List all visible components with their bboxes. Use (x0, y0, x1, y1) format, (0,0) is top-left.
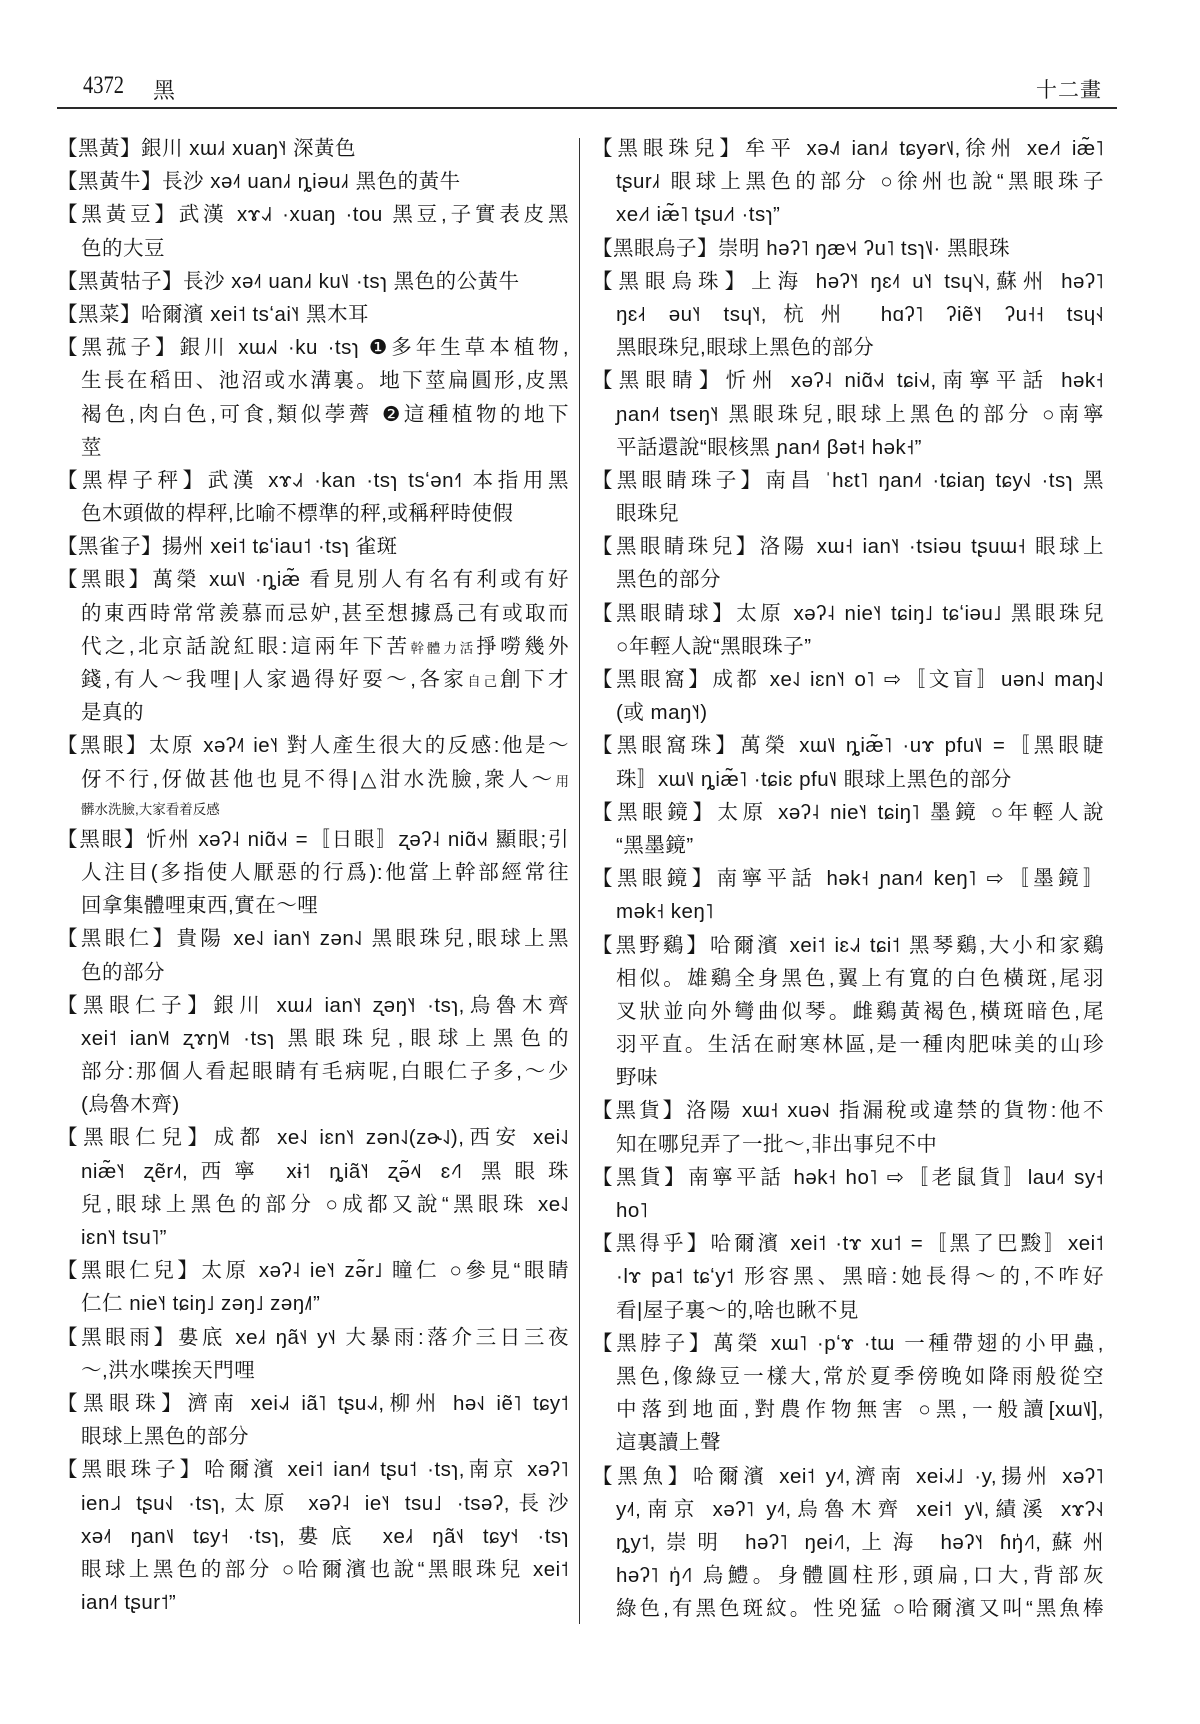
entry-line: 黑桿子秤武漢 xɤ˨˩˧ ·kan ·tsɿ tsʻən˧˥ 本指用黑 (57, 464, 569, 497)
dictionary-entry: 黑眼睛珠兒洛陽 xɯ˧ ian˥˧ ·tsiəu tʂuɯ˧ 眼球上 黑色的部分 (592, 530, 1104, 596)
entry-text: ·lɤ pa˦ tɕʻy˦ 形容黑、黑暗:她長得～的,不咋好 (616, 1265, 1104, 1288)
entry-line: 黑眼太原 xəʔ˨˥ ie˥˧ 對人產生很大的反感:他是～ (57, 729, 569, 762)
entry-text: 黑色,像綠豆一樣大,常於夏季傍晚如降雨般從空 (616, 1365, 1104, 1388)
entry-line: 代之,北京話說紅眼:這兩年下苦幹體力活掙嘮幾外 (57, 630, 569, 663)
entry-line: ○年輕人說“黑眼珠子” (592, 630, 1104, 663)
dictionary-entry: 黑野鷄哈爾濱 xei˦ iɛ˨˩˧ tɕi˦ 黑琴鷄,大小和家鷄 相似。雄鷄全身… (592, 929, 1104, 1095)
entry-line: 黑菰子銀川 xɯ˩˧˩ ·ku ·tsɿ ❶多年生草本植物, (57, 331, 569, 364)
entry-text: iɛn˥˧ tsu˥” (81, 1226, 167, 1249)
entry-line: 黑黃豆武漢 xɤ˨˩˧ ·xuaŋ ·tou 黑豆,子實表皮黑 (57, 198, 569, 231)
headword: 黑眼烏珠 (592, 270, 751, 293)
entry-line: 部分:那個人看起眼睛有毛病呢,白眼仁子多,～少 (57, 1055, 569, 1088)
headword: 黑眼窩珠 (592, 734, 740, 757)
entry-text: 太原 xəʔ˨ nie˥˧ tɕiŋ˩ tɕʻiəu˩ 黑眼珠兒 (736, 602, 1104, 625)
entry-line: 色的部分 (57, 956, 569, 989)
entry-text: xə˨˦ ŋan˦˩ tɕy˧ ·tsɿ,婁底 xe˩˧ ŋã˦˨ tɕy˦˧ … (81, 1525, 569, 1548)
dictionary-entry: 黑眼睛珠子南昌 ˈhɛt˥ ŋan˨˦ ·tɕiaŋ tɕy˧˩ ·tsɿ 黑 … (592, 464, 1104, 530)
entry-line: ho˥ (592, 1194, 1104, 1227)
entry-line: “黑墨鏡” (592, 829, 1104, 862)
headword: 黑眼仁子 (57, 994, 213, 1017)
entry-line: 錢,有人～我哩|人家過得好耍～,各家自己創下才 (57, 663, 569, 696)
entry-line: 色木頭做的桿秤,比喻不標準的秤,或稱秤時使假 (57, 497, 569, 530)
entry-text: 平話還說“眼核黑 ɲan˨˦ βət˧ hək˧” (616, 436, 922, 459)
entry-line: 髒水洗臉,大家看着反感 (57, 796, 569, 823)
entry-text: 婁底 xe˩˧ ŋã˦˨ y˦˨ 大暴雨:落介三日三夜 (178, 1326, 569, 1349)
dictionary-entry: 黑眼萬榮 xɯ˥˩ ·ȵiæ̃ 看見別人有名有利或有好 的東西時常常羨慕而忌妒,… (57, 563, 569, 729)
entry-line: 褐色,肉白色,可食,類似荸薺 ❷這種植物的地下 (57, 398, 569, 431)
entry-text: ɲan˨˦ tseŋ˥˧ 黑眼珠兒,眼球上黑色的部分 ○南寧 (616, 403, 1104, 426)
dictionary-entry: 黑眼仁子銀川 xɯ˩˧ ian˥˧ ʐəŋ˥˧ ·tsɿ,烏魯木齊 xei˦ i… (57, 989, 569, 1122)
dictionary-entry: 黑黃牯子長沙 xə˨˦ uan˩˧ ku˦˩ ·tsɿ 黑色的公黃牛 (57, 265, 569, 298)
entry-line: 黑眼珠兒牟平 xə˨˩˥ ian˩˧ tɕyər˦˩,徐州 xe˩˧˦ iæ̃˥ (592, 132, 1104, 165)
entry-line: 黑眼珠濟南 xei˨˩˧ iã˥ tʂu˨˩˧,柳州 hə˧˩ iẽ˥ tɕy˦ (57, 1387, 569, 1420)
entry-text: 錢,有人～我哩|人家過得好耍～,各家 (81, 668, 467, 691)
entry-line: 人注目(多指使人厭惡的行爲):他當上幹部經常往 (57, 856, 569, 889)
dictionary-entry: 黑眼窩珠萬榮 xɯ˥˩ ȵiæ̃˥ ·uɤ pfu˥˩ =〚黑眼睫 珠〛xɯ˥˩… (592, 729, 1104, 795)
entry-text: 太原 xəʔ˨˥ ie˥˧ 對人產生很大的反感:他是～ (149, 734, 569, 757)
entry-line: 黑貨洛陽 xɯ˧ xuə˧˩ 指漏稅或違禁的貨物:他不 (592, 1094, 1104, 1127)
entry-text: 銀川 xɯ˩˧ xuaŋ˥˧ 深黃色 (141, 137, 356, 160)
dictionary-page: 4372 黑 十二畫 黑黃銀川 xɯ˩˧ xuaŋ˥˧ 深黃色 黑黃牛長沙 xə… (0, 0, 1200, 1724)
dictionary-entry: 黑雀子揚州 xei˦ tɕʻiau˦ ·tsɿ 雀斑 (57, 530, 569, 563)
entry-text: 成都 xe˨˩ iɛn˥˧ o˥ ⇨〚文盲〛uən˨˩ maŋ˨˩ (712, 668, 1104, 691)
entry-text: 萬榮 xɯ˥˩ ȵiæ̃˥ ·uɤ pfu˥˩ =〚黑眼睫 (740, 734, 1104, 757)
entry-line: 中落到地面,對農作物無害 ○黑,一般讀[xɯ˥˩], (592, 1393, 1104, 1426)
entry-text: 兒,眼球上黑色的部分 ○成都又說“黑眼珠 xe˨˩ (81, 1193, 569, 1216)
entry-text: 眼珠兒 (616, 502, 679, 525)
entry-line: 黑眼睛忻州 xəʔ˨ niɑ̃˧˩˧ tɕi˧˩˧,南寧平話 hək˧ (592, 364, 1104, 397)
dictionary-entry: 黑眼珠兒牟平 xə˨˩˥ ian˩˧ tɕyər˦˩,徐州 xe˩˧˦ iæ̃˥… (592, 132, 1104, 232)
headword: 黑菰子 (57, 336, 180, 359)
headword: 黑眼仁 (57, 927, 176, 950)
entry-text: niæ̃˥˧ ʐẽr˨˦,西寧 xɨ˦ ȵiã˥˧ ʐə̃˨˦˩ ɛ˨˦˥ 黑眼… (81, 1160, 569, 1183)
entry-text: (烏魯木齊) (81, 1093, 180, 1116)
headword: 黑眼烏子 (592, 237, 718, 260)
entry-line: 叉狀並向外彎曲似琴。雌鷄黃褐色,橫斑暗色,尾 (592, 995, 1104, 1028)
headword: 黑脖子 (592, 1332, 713, 1355)
entry-line: 色的大豆 (57, 232, 569, 265)
entry-text: 長沙 xə˨˦ uan˩˧ ȵiəu˩˧ 黑色的黃牛 (162, 170, 461, 193)
entry-text: (或 maŋ˥˧) (616, 701, 708, 724)
entry-line: ian˨˦ tʂur˦” (57, 1586, 569, 1619)
headword: 黑眼雨 (57, 1326, 178, 1349)
headword: 黑眼鏡 (592, 801, 718, 824)
dictionary-entry: 黑桿子秤武漢 xɤ˨˩˧ ·kan ·tsɿ tsʻən˧˥ 本指用黑 色木頭做… (57, 464, 569, 530)
dictionary-entry: 黑菰子銀川 xɯ˩˧˩ ·ku ·tsɿ ❶多年生草本植物, 生長在稻田、池沼或… (57, 331, 569, 464)
dictionary-entry: 黑黃銀川 xɯ˩˧ xuaŋ˥˧ 深黃色 (57, 132, 569, 165)
dictionary-entry: 黑魚哈爾濱 xei˦ y˨˦,濟南 xei˨˩˧˩ ·y,揚州 xəʔ˥ y˨˦… (592, 1460, 1104, 1626)
headword: 黑野鷄 (592, 934, 710, 957)
headword: 黑眼睛珠兒 (592, 535, 760, 558)
entry-line: 黑雀子揚州 xei˦ tɕʻiau˦ ·tsɿ 雀斑 (57, 530, 569, 563)
entry-line: 眼球上黑色的部分 (57, 1420, 569, 1453)
entry-line: 黑眼烏珠上海 həʔ˥˧ ŋɛ˨˦ u˥˧ tsɥ˥˧˨,蘇州 həʔ˥ (592, 265, 1104, 298)
entry-text: xe˩˧˦ iæ̃˥ tʂu˩˧˦ ·tsɿ” (616, 203, 780, 226)
headword: 黑眼睛珠子 (592, 469, 765, 492)
entry-text: 銀川 xɯ˩˧˩ ·ku ·tsɿ ❶多年生草本植物, (180, 336, 569, 359)
entry-line: 黑黃牯子長沙 xə˨˦ uan˩˧ ku˦˩ ·tsɿ 黑色的公黃牛 (57, 265, 569, 298)
entry-line: 黑眼忻州 xəʔ˨ niɑ̃˧˩˧ =〚日眼〛ʐəʔ˨ niɑ̃˧˩˧ 顯眼;引 (57, 823, 569, 856)
entry-text: 中落到地面,對農作物無害 ○黑,一般讀[xɯ˥˩], (616, 1398, 1104, 1421)
entry-text: 知在哪兒弄了一批～,非出事兒不中 (616, 1133, 937, 1156)
entry-text: 色的部分 (81, 961, 165, 984)
dictionary-entry: 黑眼忻州 xəʔ˨ niɑ̃˧˩˧ =〚日眼〛ʐəʔ˨ niɑ̃˧˩˧ 顯眼;引… (57, 823, 569, 923)
headword: 黑眼珠 (57, 1392, 187, 1415)
entry-line: mək˧ keŋ˥ (592, 895, 1104, 928)
dictionary-entry: 黑貨洛陽 xɯ˧ xuə˧˩ 指漏稅或違禁的貨物:他不 知在哪兒弄了一批～,非出… (592, 1094, 1104, 1160)
entry-text: 生長在稻田、池沼或水溝裏。地下莖扁圓形,皮黑 (81, 369, 569, 392)
entry-text: ○年輕人說“黑眼珠子” (616, 635, 812, 658)
dictionary-entry: 黑眼窩成都 xe˨˩ iɛn˥˧ o˥ ⇨〚文盲〛uən˨˩ maŋ˨˩ (或 … (592, 663, 1104, 729)
entry-text: 哈爾濱 xei˦ iɛ˨˩˧ tɕi˦ 黑琴鷄,大小和家鷄 (710, 934, 1104, 957)
entry-line: 黑眼烏子崇明 həʔ˥ ŋæ˦˨˧ ʔu˥ tsɿ˥˩· 黑眼珠 (592, 232, 1104, 265)
entry-text: 眼球上黑色的部分 ○哈爾濱也說“黑眼珠兒 xei˦ (81, 1558, 569, 1581)
entry-text: 上海 həʔ˥˧ ŋɛ˨˦ u˥˧ tsɥ˥˧˨,蘇州 həʔ˥ (751, 270, 1104, 293)
headword: 黑雀子 (57, 535, 162, 558)
entry-line: 知在哪兒弄了一批～,非出事兒不中 (592, 1128, 1104, 1161)
entry-line: 黑眼珠兒,眼球上黑色的部分 (592, 331, 1104, 364)
entry-text: 代之,北京話說紅眼:這兩年下苦 (81, 635, 410, 658)
entry-line: 黑得乎哈爾濱 xei˦ ·tɤ xu˦ =〚黑了巴黢〛xei˦ (592, 1227, 1104, 1260)
annotation-note: 幹體力活 (410, 641, 476, 656)
entry-line: ŋɛ˨˧ əu˥˧ tsɥ˥˧,杭州 hɑʔ˥ ʔiẽ˥˧ ʔu˧˧ tsɥ˧˨ (592, 298, 1104, 331)
entry-text: 這裏讀上聲 (616, 1431, 721, 1454)
stroke-section-label: 十二畫 (1036, 74, 1102, 104)
entry-text: 野味 (616, 1066, 658, 1089)
entry-text: 部分:那個人看起眼睛有毛病呢,白眼仁子多,～少 (81, 1060, 569, 1083)
entry-text: ho˥ (616, 1199, 648, 1222)
entry-text: ～,洪水喋挨天門哩 (81, 1359, 255, 1382)
entry-text: 洛陽 xɯ˧ xuə˧˩ 指漏稅或違禁的貨物:他不 (686, 1099, 1104, 1122)
entry-line: 回拿集體哩東西,實在～哩 (57, 889, 569, 922)
entry-text: 銀川 xɯ˩˧ ian˥˧ ʐəŋ˥˧ ·tsɿ,烏魯木齊 (213, 994, 569, 1017)
entry-text: 哈爾濱 xei˦ ·tɤ xu˦ =〚黑了巴黢〛xei˦ (710, 1232, 1104, 1255)
headword: 黑黃豆 (57, 203, 179, 226)
entry-text: 創下才 (500, 668, 569, 691)
entry-line: ～,洪水喋挨天門哩 (57, 1354, 569, 1387)
entry-line: 黑眼雨婁底 xe˩˧ ŋã˦˨ y˦˨ 大暴雨:落介三日三夜 (57, 1321, 569, 1354)
annotation-note: 自己 (467, 674, 500, 689)
entry-text: 綠色,有黑色斑紋。性兇猛 ○哈爾濱又叫“黑魚棒 (616, 1597, 1104, 1620)
entry-text: 叉狀並向外彎曲似琴。雌鷄黃褐色,橫斑暗色,尾 (616, 1000, 1104, 1023)
entry-text: 莖 (81, 436, 102, 459)
headword: 黑眼睛 (592, 369, 726, 392)
dictionary-entry: 黑眼雨婁底 xe˩˧ ŋã˦˨ y˦˨ 大暴雨:落介三日三夜 ～,洪水喋挨天門哩 (57, 1321, 569, 1387)
entry-text: 是真的 (81, 701, 144, 724)
headword: 黑眼 (57, 568, 152, 591)
entry-text: 色木頭做的桿秤,比喻不標準的秤,或稱秤時使假 (81, 502, 513, 525)
entry-line: 黑貨南寧平話 hək˧ ho˥ ⇨〚老鼠貨〛lau˨˦ sy˧ (592, 1161, 1104, 1194)
entry-text: 黑眼珠兒,眼球上黑色的部分 (616, 336, 874, 359)
entry-line: 看|屋子裏～的,啥也瞅不見 (592, 1294, 1104, 1327)
head-character: 黑 (153, 74, 175, 105)
headword: 黑眼 (57, 734, 149, 757)
headword: 黑魚 (592, 1465, 693, 1488)
entry-line: 黑眼仁兒成都 xe˨˩ iɛn˥˧ zən˨˩(zɚ˨˩),西安 xei˨˩ (57, 1121, 569, 1154)
entry-text: ian˨˦ tʂur˦” (81, 1591, 176, 1614)
headword: 黑眼仁兒 (57, 1259, 201, 1282)
entry-line: 黑黃銀川 xɯ˩˧ xuaŋ˥˧ 深黃色 (57, 132, 569, 165)
entry-line: 兒,眼球上黑色的部分 ○成都又說“黑眼珠 xe˨˩ (57, 1188, 569, 1221)
headword: 黑眼珠兒 (592, 137, 745, 160)
entry-text: 掙嘮幾外 (476, 635, 569, 658)
headword: 黑菜 (57, 303, 141, 326)
dictionary-entry: 黑眼仁貴陽 xe˨˩ ian˥˧ zən˨˩ 黑眼珠兒,眼球上黑 色的部分 (57, 922, 569, 988)
entry-text: ien˩˩˨ tʂu˧˩ ·tsɿ,太原 xəʔ˨ ie˥˧ tsu˩ ·tsə… (81, 1492, 569, 1515)
entry-line: ·lɤ pa˦ tɕʻy˦ 形容黑、黑暗:她長得～的,不咋好 (592, 1260, 1104, 1293)
page-number: 4372 (83, 72, 124, 100)
entry-line: həʔ˥ ŋ̍˨˦˥ 烏鱧。身體圓柱形,頭扁,口大,背部灰 (592, 1559, 1104, 1592)
headword: 黑桿子秤 (57, 469, 208, 492)
entry-line: tʂur˩˧ 眼球上黑色的部分 ○徐州也說“黑眼珠子 (592, 165, 1104, 198)
entry-text: 南寧平話 hək˧ ho˥ ⇨〚老鼠貨〛lau˨˦ sy˧ (688, 1166, 1104, 1189)
headword: 黑眼 (57, 828, 146, 851)
entry-line: 黑菜哈爾濱 xei˦ tsʻai˥˧ 黑木耳 (57, 298, 569, 331)
right-column: 黑眼珠兒牟平 xə˨˩˥ ian˩˧ tɕyər˦˩,徐州 xe˩˧˦ iæ̃˥… (592, 132, 1104, 1625)
entry-line: 黑眼鏡太原 xəʔ˨ nie˥˧ tɕiŋ˥ 墨鏡 ○年輕人說 (592, 796, 1104, 829)
dictionary-entry: 黑眼睛球太原 xəʔ˨ nie˥˧ tɕiŋ˩ tɕʻiəu˩ 黑眼珠兒 ○年輕… (592, 597, 1104, 663)
entry-line: 黑眼萬榮 xɯ˥˩ ·ȵiæ̃ 看見別人有名有利或有好 (57, 563, 569, 596)
entry-text: 眼球上黑色的部分 (81, 1425, 249, 1448)
headword: 黑貨 (592, 1099, 686, 1122)
entry-line: 羽平直。生活在耐寒林區,是一種肉肥味美的山珍 (592, 1028, 1104, 1061)
entry-text: xei˦ ian˥˩˥ ʐɤŋ˥˩˥ ·tsɿ 黑眼珠兒,眼球上黑色的 (81, 1027, 569, 1050)
entry-line: ɲan˨˦ tseŋ˥˧ 黑眼珠兒,眼球上黑色的部分 ○南寧 (592, 398, 1104, 431)
entry-text: ȵy˦,崇明 həʔ˥ ŋei˨˦˥,上海 həʔ˥˧ ɦŋ̍˨˦˥,蘇州 (616, 1531, 1104, 1554)
dictionary-entry: 黑黃牛長沙 xə˨˦ uan˩˧ ȵiəu˩˧ 黑色的黃牛 (57, 165, 569, 198)
entry-text: 萬榮 xɯ˥ ·pʻɤ ·tɯ 一種帶翅的小甲蟲, (713, 1332, 1104, 1355)
entry-line: ȵy˦,崇明 həʔ˥ ŋei˨˦˥,上海 həʔ˥˧ ɦŋ̍˨˦˥,蘇州 (592, 1526, 1104, 1559)
entry-line: 相似。雄鷄全身黑色,翼上有寬的白色橫斑,尾羽 (592, 962, 1104, 995)
dictionary-entry: 黑眼仁兒太原 xəʔ˨ ie˥˧ zə̃r˩ 瞳仁 ○參見“眼睛 仁仁 nie˥… (57, 1254, 569, 1320)
entry-text: 忻州 xəʔ˨ niɑ̃˧˩˧ =〚日眼〛ʐəʔ˨ niɑ̃˧˩˧ 顯眼;引 (146, 828, 569, 851)
dictionary-entry: 黑眼珠濟南 xei˨˩˧ iã˥ tʂu˨˩˧,柳州 hə˧˩ iẽ˥ tɕy˦… (57, 1387, 569, 1453)
entry-text: 長沙 xə˨˦ uan˩˧ ku˦˩ ·tsɿ 黑色的公黃牛 (183, 270, 520, 293)
entry-text: 相似。雄鷄全身黑色,翼上有寬的白色橫斑,尾羽 (616, 967, 1104, 990)
entry-text: 人注目(多指使人厭惡的行爲):他當上幹部經常往 (81, 861, 569, 884)
entry-line: 的東西時常常羨慕而忌妒,甚至想據爲己有或取而 (57, 597, 569, 630)
entry-text: 羽平直。生活在耐寒林區,是一種肉肥味美的山珍 (616, 1033, 1104, 1056)
entry-line: 黑眼仁貴陽 xe˨˩ ian˥˧ zən˨˩ 黑眼珠兒,眼球上黑 (57, 922, 569, 955)
headword: 黑黃牛 (57, 170, 162, 193)
dictionary-entry: 黑脖子萬榮 xɯ˥ ·pʻɤ ·tɯ 一種帶翅的小甲蟲, 黑色,像綠豆一樣大,常… (592, 1327, 1104, 1460)
entry-text: ŋɛ˨˧ əu˥˧ tsɥ˥˧,杭州 hɑʔ˥ ʔiẽ˥˧ ʔu˧˧ tsɥ˧˨ (616, 303, 1104, 326)
entry-text: 萬榮 xɯ˥˩ ·ȵiæ̃ 看見別人有名有利或有好 (152, 568, 569, 591)
entry-text: 武漢 xɤ˨˩˧ ·xuaŋ ·tou 黑豆,子實表皮黑 (179, 203, 569, 226)
entry-line: 黑色,像綠豆一樣大,常於夏季傍晚如降雨般從空 (592, 1360, 1104, 1393)
entry-text: 太原 xəʔ˨ nie˥˧ tɕiŋ˥ 墨鏡 ○年輕人說 (718, 801, 1104, 824)
entry-text: y˨˦,南京 xəʔ˥ y˨˦,烏魯木齊 xei˦ y˥˩,績溪 xɤʔ˧˨ (616, 1498, 1104, 1521)
entry-text: 伢不行,伢做甚他也見不得|△泔水洗臉,衆人～ (81, 768, 556, 791)
annotation-note: 髒水洗臉,大家看着反感 (81, 802, 220, 817)
entry-text: 成都 xe˨˩ iɛn˥˧ zən˨˩(zɚ˨˩),西安 xei˨˩ (214, 1126, 569, 1149)
entry-line: 黑眼仁兒太原 xəʔ˨ ie˥˧ zə̃r˩ 瞳仁 ○參見“眼睛 (57, 1254, 569, 1287)
entry-text: 貴陽 xe˨˩ ian˥˧ zən˨˩ 黑眼珠兒,眼球上黑 (176, 927, 569, 950)
entry-line: 這裏讀上聲 (592, 1426, 1104, 1459)
left-column: 黑黃銀川 xɯ˩˧ xuaŋ˥˧ 深黃色 黑黃牛長沙 xə˨˦ uan˩˧ ȵi… (57, 132, 569, 1619)
entry-text: 洛陽 xɯ˧ ian˥˧ ·tsiəu tʂuɯ˧ 眼球上 (760, 535, 1104, 558)
headword: 黑眼仁兒 (57, 1126, 214, 1149)
entry-text: 崇明 həʔ˥ ŋæ˦˨˧ ʔu˥ tsɿ˥˩· 黑眼珠 (718, 237, 1010, 260)
entry-text: 仁仁 nie˥˧ tɕiŋ˩ zəŋ˩ zəŋ˩˥” (81, 1292, 320, 1315)
entry-line: 野味 (592, 1061, 1104, 1094)
headword: 黑黃牯子 (57, 270, 183, 293)
entry-line: (烏魯木齊) (57, 1088, 569, 1121)
entry-line: 黑魚哈爾濱 xei˦ y˨˦,濟南 xei˨˩˧˩ ·y,揚州 xəʔ˥ (592, 1460, 1104, 1493)
entry-text: 牟平 xə˨˩˥ ian˩˧ tɕyər˦˩,徐州 xe˩˧˦ iæ̃˥ (745, 137, 1104, 160)
entry-line: 眼球上黑色的部分 ○哈爾濱也說“黑眼珠兒 xei˦ (57, 1553, 569, 1586)
dictionary-entry: 黑眼鏡南寧平話 hək˧ ɲan˨˦ keŋ˥ ⇨〚墨鏡〛 mək˧ keŋ˥ (592, 862, 1104, 928)
entry-text: 太原 xəʔ˨ ie˥˧ zə̃r˩ 瞳仁 ○參見“眼睛 (201, 1259, 569, 1282)
dictionary-entry: 黑眼珠子哈爾濱 xei˦ ian˨˦ tʂu˦ ·tsɿ,南京 xəʔ˥ ien… (57, 1453, 569, 1619)
entry-text: 色的大豆 (81, 237, 165, 260)
entry-line: 黑眼仁子銀川 xɯ˩˧ ian˥˧ ʐəŋ˥˧ ·tsɿ,烏魯木齊 (57, 989, 569, 1022)
entry-line: 黑野鷄哈爾濱 xei˦ iɛ˨˩˧ tɕi˦ 黑琴鷄,大小和家鷄 (592, 929, 1104, 962)
headword: 黑黃 (57, 137, 141, 160)
entry-line: niæ̃˥˧ ʐẽr˨˦,西寧 xɨ˦ ȵiã˥˧ ʐə̃˨˦˩ ɛ˨˦˥ 黑眼… (57, 1155, 569, 1188)
entry-line: 生長在稻田、池沼或水溝裏。地下莖扁圓形,皮黑 (57, 364, 569, 397)
entry-text: 哈爾濱 xei˦ y˨˦,濟南 xei˨˩˧˩ ·y,揚州 xəʔ˥ (693, 1465, 1104, 1488)
entry-text: 回拿集體哩東西,實在～哩 (81, 894, 318, 917)
annotation-note: 用 (556, 774, 570, 789)
headword: 黑眼鏡 (592, 867, 717, 890)
entry-line: y˨˦,南京 xəʔ˥ y˨˦,烏魯木齊 xei˦ y˥˩,績溪 xɤʔ˧˨ (592, 1493, 1104, 1526)
entry-line: xe˩˧˦ iæ̃˥ tʂu˩˧˦ ·tsɿ” (592, 198, 1104, 231)
entry-text: tʂur˩˧ 眼球上黑色的部分 ○徐州也說“黑眼珠子 (616, 170, 1104, 193)
entry-line: 黑眼睛珠子南昌 ˈhɛt˥ ŋan˨˦ ·tɕiaŋ tɕy˧˩ ·tsɿ 黑 (592, 464, 1104, 497)
entry-text: 褐色,肉白色,可食,類似荸薺 ❷這種植物的地下 (81, 403, 569, 426)
dictionary-entry: 黑眼烏珠上海 həʔ˥˧ ŋɛ˨˦ u˥˧ tsɥ˥˧˨,蘇州 həʔ˥ ŋɛ˨… (592, 265, 1104, 365)
entry-text: mək˧ keŋ˥ (616, 900, 714, 923)
entry-text: 武漢 xɤ˨˩˧ ·kan ·tsɿ tsʻən˧˥ 本指用黑 (208, 469, 569, 492)
entry-line: (或 maŋ˥˧) (592, 696, 1104, 729)
entry-text: “黑墨鏡” (616, 834, 694, 857)
entry-text: 南昌 ˈhɛt˥ ŋan˨˦ ·tɕiaŋ tɕy˧˩ ·tsɿ 黑 (765, 469, 1104, 492)
entry-text: 的東西時常常羨慕而忌妒,甚至想據爲己有或取而 (81, 602, 569, 625)
entry-line: 珠〛xɯ˥˩ ȵiæ̃˥ ·tɕiɛ pfu˥˩ 眼球上黑色的部分 (592, 763, 1104, 796)
dictionary-entry: 黑眼仁兒成都 xe˨˩ iɛn˥˧ zən˨˩(zɚ˨˩),西安 xei˨˩ n… (57, 1121, 569, 1254)
entry-line: 是真的 (57, 696, 569, 729)
entry-text: 忻州 xəʔ˨ niɑ̃˧˩˧ tɕi˧˩˧,南寧平話 hək˧ (726, 369, 1104, 392)
entry-line: 黑脖子萬榮 xɯ˥ ·pʻɤ ·tɯ 一種帶翅的小甲蟲, (592, 1327, 1104, 1360)
entry-line: xei˦ ian˥˩˥ ʐɤŋ˥˩˥ ·tsɿ 黑眼珠兒,眼球上黑色的 (57, 1022, 569, 1055)
dictionary-entry: 黑眼睛忻州 xəʔ˨ niɑ̃˧˩˧ tɕi˧˩˧,南寧平話 hək˧ ɲan˨… (592, 364, 1104, 464)
entry-text: 南寧平話 hək˧ ɲan˨˦ keŋ˥ ⇨〚墨鏡〛 (717, 867, 1104, 890)
entry-line: iɛn˥˧ tsu˥” (57, 1221, 569, 1254)
dictionary-entry: 黑菜哈爾濱 xei˦ tsʻai˥˧ 黑木耳 (57, 298, 569, 331)
headword: 黑眼珠子 (57, 1458, 204, 1481)
dictionary-entry: 黑眼烏子崇明 həʔ˥ ŋæ˦˨˧ ʔu˥ tsɿ˥˩· 黑眼珠 (592, 232, 1104, 265)
entry-line: 伢不行,伢做甚他也見不得|△泔水洗臉,衆人～用 (57, 763, 569, 796)
dictionary-entry: 黑黃豆武漢 xɤ˨˩˧ ·xuaŋ ·tou 黑豆,子實表皮黑 色的大豆 (57, 198, 569, 264)
header-rule (57, 107, 1117, 109)
dictionary-entry: 黑眼太原 xəʔ˨˥ ie˥˧ 對人產生很大的反感:他是～ 伢不行,伢做甚他也見… (57, 729, 569, 822)
entry-line: 黑眼珠子哈爾濱 xei˦ ian˨˦ tʂu˦ ·tsɿ,南京 xəʔ˥ (57, 1453, 569, 1486)
headword: 黑貨 (592, 1166, 688, 1189)
dictionary-entry: 黑貨南寧平話 hək˧ ho˥ ⇨〚老鼠貨〛lau˨˦ sy˧ ho˥ (592, 1161, 1104, 1227)
entry-text: 濟南 xei˨˩˧ iã˥ tʂu˨˩˧,柳州 hə˧˩ iẽ˥ tɕy˦ (187, 1392, 569, 1415)
entry-line: 平話還說“眼核黑 ɲan˨˦ βət˧ hək˧” (592, 431, 1104, 464)
entry-line: 眼珠兒 (592, 497, 1104, 530)
entry-text: 黑色的部分 (616, 568, 721, 591)
entry-line: ien˩˩˨ tʂu˧˩ ·tsɿ,太原 xəʔ˨ ie˥˧ tsu˩ ·tsə… (57, 1487, 569, 1520)
entry-line: 黑眼窩成都 xe˨˩ iɛn˥˧ o˥ ⇨〚文盲〛uən˨˩ maŋ˨˩ (592, 663, 1104, 696)
entry-text: həʔ˥ ŋ̍˨˦˥ 烏鱧。身體圓柱形,頭扁,口大,背部灰 (616, 1564, 1104, 1587)
entry-line: xə˨˦ ŋan˦˩ tɕy˧ ·tsɿ,婁底 xe˩˧ ŋã˦˨ tɕy˦˧ … (57, 1520, 569, 1553)
entry-text: 看|屋子裏～的,啥也瞅不見 (616, 1299, 859, 1322)
headword: 黑眼窩 (592, 668, 712, 691)
entry-text: 哈爾濱 xei˦ ian˨˦ tʂu˦ ·tsɿ,南京 xəʔ˥ (204, 1458, 569, 1481)
entry-line: 黑眼窩珠萬榮 xɯ˥˩ ȵiæ̃˥ ·uɤ pfu˥˩ =〚黑眼睫 (592, 729, 1104, 762)
entry-line: 黑黃牛長沙 xə˨˦ uan˩˧ ȵiəu˩˧ 黑色的黃牛 (57, 165, 569, 198)
entry-line: 黑眼鏡南寧平話 hək˧ ɲan˨˦ keŋ˥ ⇨〚墨鏡〛 (592, 862, 1104, 895)
column-divider (579, 138, 580, 1624)
entry-line: 莖 (57, 431, 569, 464)
dictionary-entry: 黑得乎哈爾濱 xei˦ ·tɤ xu˦ =〚黑了巴黢〛xei˦ ·lɤ pa˦ … (592, 1227, 1104, 1327)
entry-text: 珠〛xɯ˥˩ ȵiæ̃˥ ·tɕiɛ pfu˥˩ 眼球上黑色的部分 (616, 768, 1012, 791)
entry-line: 綠色,有黑色斑紋。性兇猛 ○哈爾濱又叫“黑魚棒 (592, 1592, 1104, 1625)
headword: 黑得乎 (592, 1232, 710, 1255)
entry-line: 仁仁 nie˥˧ tɕiŋ˩ zəŋ˩ zəŋ˩˥” (57, 1287, 569, 1320)
dictionary-entry: 黑眼鏡太原 xəʔ˨ nie˥˧ tɕiŋ˥ 墨鏡 ○年輕人說 “黑墨鏡” (592, 796, 1104, 862)
entry-text: 揚州 xei˦ tɕʻiau˦ ·tsɿ 雀斑 (162, 535, 398, 558)
headword: 黑眼睛球 (592, 602, 736, 625)
entry-line: 黑眼睛球太原 xəʔ˨ nie˥˧ tɕiŋ˩ tɕʻiəu˩ 黑眼珠兒 (592, 597, 1104, 630)
entry-line: 黑眼睛珠兒洛陽 xɯ˧ ian˥˧ ·tsiəu tʂuɯ˧ 眼球上 (592, 530, 1104, 563)
entry-text: 哈爾濱 xei˦ tsʻai˥˧ 黑木耳 (141, 303, 369, 326)
entry-line: 黑色的部分 (592, 563, 1104, 596)
